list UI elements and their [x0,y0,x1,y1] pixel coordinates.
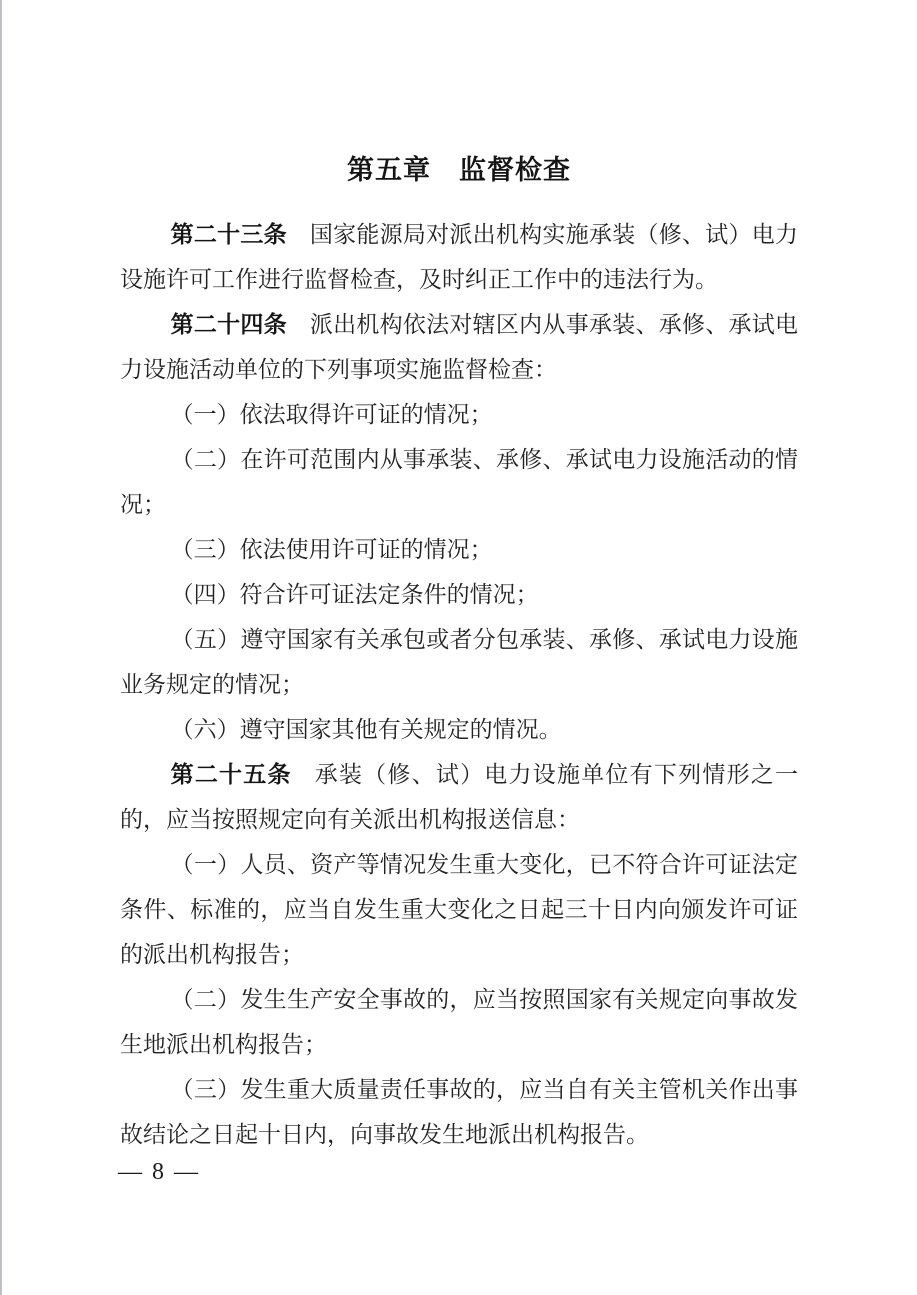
paragraph-text: （四）符合许可证法定条件的情况； [171,582,539,607]
page-number: — 8 — [118,1150,200,1195]
article-paragraph: 第二十五条承装（修、试）电力设施单位有下列情形之一的，应当按照规定向有关派出机构… [120,752,798,842]
article-number: 第二十五条 [171,762,292,787]
paragraph-text: （二）发生生产安全事故的，应当按照国家有关规定向事故发生地派出机构报告； [120,987,798,1057]
page-left-edge [0,0,2,1295]
list-item-paragraph: （三）发生重大质量责任事故的，应当自有关主管机关作出事故结论之日起十日内，向事故… [120,1067,798,1157]
paragraph-text: （二）在许可范围内从事承装、承修、承试电力设施活动的情况； [120,447,798,517]
article-paragraph: 第二十四条派出机构依法对辖区内从事承装、承修、承试电力设施活动单位的下列事项实施… [120,302,798,392]
list-item-paragraph: （二）发生生产安全事故的，应当按照国家有关规定向事故发生地派出机构报告； [120,977,798,1067]
list-item-paragraph: （四）符合许可证法定条件的情况； [120,572,798,617]
paragraph-text: （三）依法使用许可证的情况； [171,537,493,562]
paragraph-text: （一）人员、资产等情况发生重大变化，已不符合许可证法定条件、标准的，应当自发生重… [120,852,798,967]
paragraph-text: （六）遵守国家其他有关规定的情况。 [171,717,562,742]
article-number: 第二十四条 [171,312,287,337]
list-item-paragraph: （二）在许可范围内从事承装、承修、承试电力设施活动的情况； [120,437,798,527]
list-item-paragraph: （一）依法取得许可证的情况； [120,392,798,437]
list-item-paragraph: （一）人员、资产等情况发生重大变化，已不符合许可证法定条件、标准的，应当自发生重… [120,842,798,977]
chapter-title: 第五章 监督检查 [120,148,798,193]
paragraph-text: （一）依法取得许可证的情况； [171,402,493,427]
article-number: 第二十三条 [171,222,287,247]
list-item-paragraph: （三）依法使用许可证的情况； [120,527,798,572]
paragraph-text: （三）发生重大质量责任事故的，应当自有关主管机关作出事故结论之日起十日内，向事故… [120,1077,798,1147]
article-paragraph: 第二十三条国家能源局对派出机构实施承装（修、试）电力设施许可工作进行监督检查，及… [120,212,798,302]
document-content: 第五章 监督检查 第二十三条国家能源局对派出机构实施承装（修、试）电力设施许可工… [120,148,798,1157]
paragraph-text: （五）遵守国家有关承包或者分包承装、承修、承试电力设施业务规定的情况； [120,627,798,697]
document-page: 第五章 监督检查 第二十三条国家能源局对派出机构实施承装（修、试）电力设施许可工… [0,0,917,1295]
list-item-paragraph: （六）遵守国家其他有关规定的情况。 [120,707,798,752]
list-item-paragraph: （五）遵守国家有关承包或者分包承装、承修、承试电力设施业务规定的情况； [120,617,798,707]
